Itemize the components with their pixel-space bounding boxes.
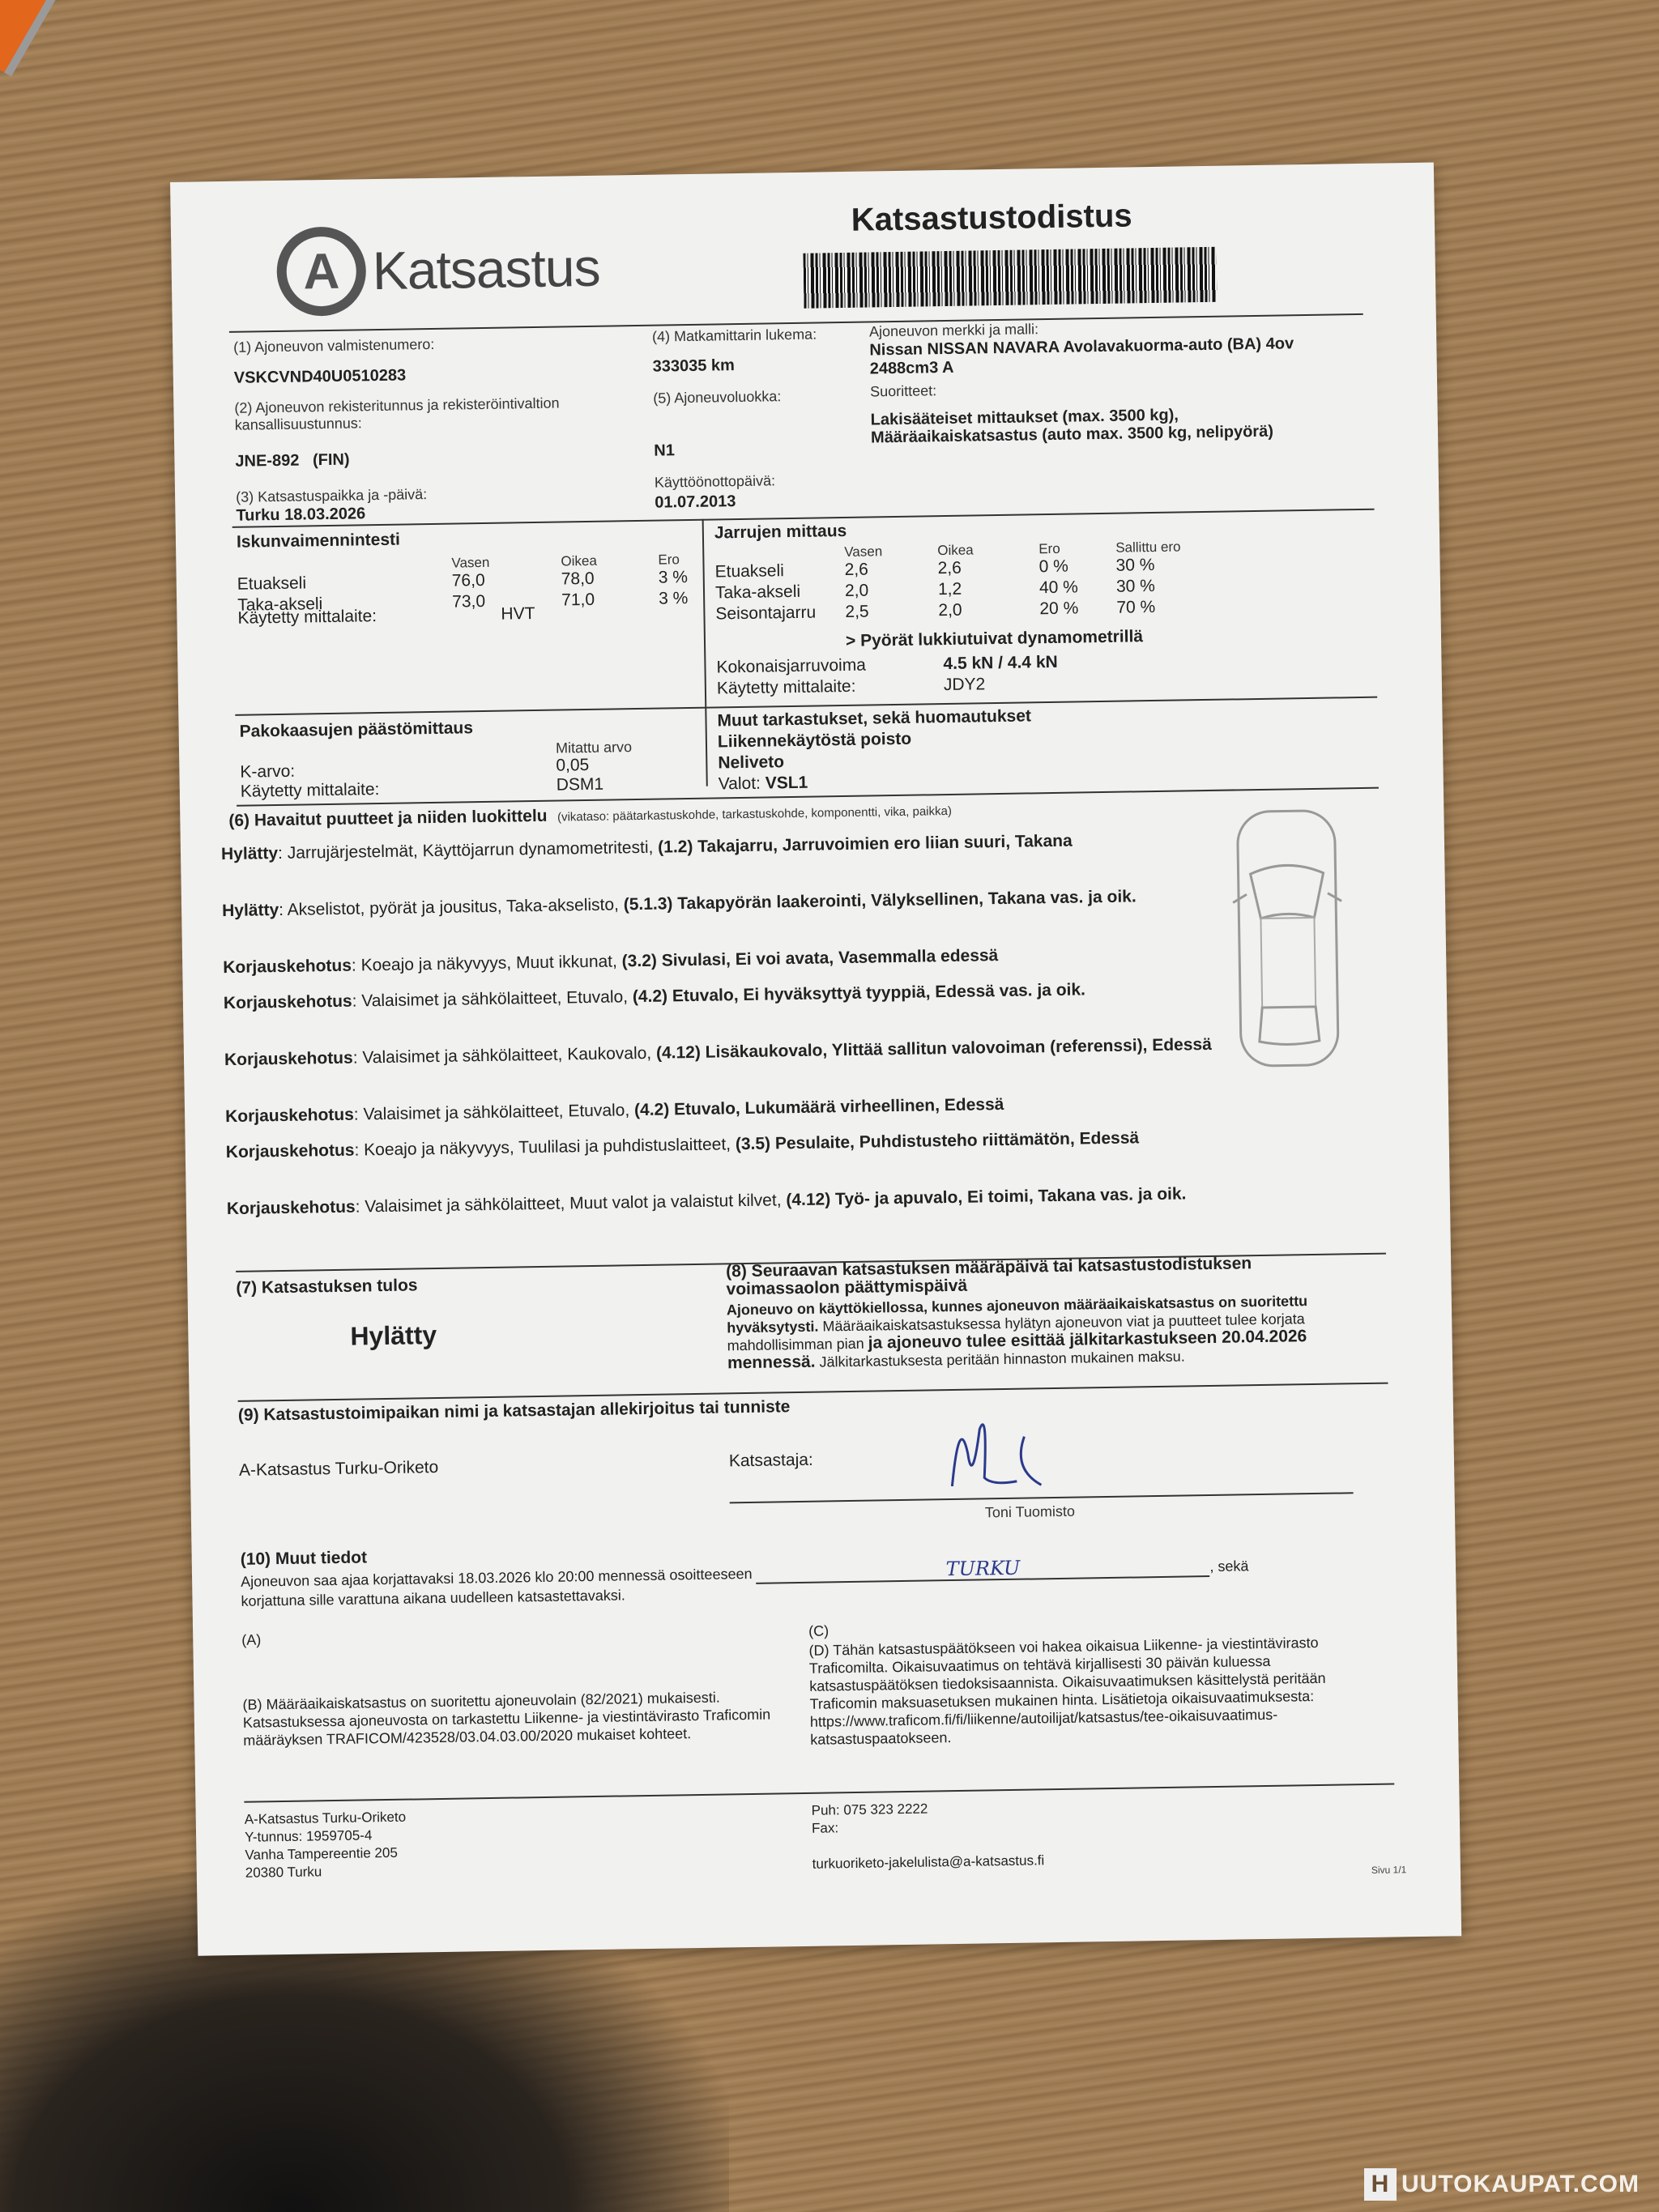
lights-line: Valot: VSL1 xyxy=(719,774,808,795)
next-inspection-text: Ajoneuvo on käyttökiellossa, kunnes ajon… xyxy=(727,1291,1367,1372)
defect-level: Korjauskehotus xyxy=(225,1106,354,1126)
defects-subtitle: (vikataso: päätarkastuskohde, tarkastusk… xyxy=(557,804,952,825)
permit-text: Ajoneuvon saa ajaa korjattavaksi 18.03.2… xyxy=(241,1566,753,1590)
lights-label: Valot: xyxy=(719,774,761,794)
other-check-line: Liikennekäytöstä poisto xyxy=(718,730,912,752)
services-value: Lakisääteiset mittaukset (max. 3500 kg),… xyxy=(871,404,1309,446)
permit-text-line2: korjattuna sille varattuna aikana uudell… xyxy=(241,1587,625,1609)
table-cell: 2,5 xyxy=(845,601,938,624)
defect-item: Korjauskehotus: Koeajo ja näkyvyys, Muut… xyxy=(223,942,1211,978)
permit-text-end: , sekä xyxy=(1209,1558,1248,1575)
defect-detail: (5.1.3) Takapyörän laakerointi, Välyksel… xyxy=(624,887,1137,914)
odometer-label: (4) Matkamittarin lukema: xyxy=(652,326,817,345)
shock-device-value: HVT xyxy=(501,604,535,624)
footer-city: 20380 Turku xyxy=(245,1862,407,1882)
page-number: Sivu 1/1 xyxy=(1371,1864,1407,1876)
table-cell: 0 % xyxy=(1038,556,1115,578)
result-title: (7) Katsastuksen tulos xyxy=(236,1276,417,1298)
station-name: A-Katsastus Turku-Oriketo xyxy=(239,1458,439,1481)
defect-level: Hylätty xyxy=(222,901,279,920)
note-a: (A) xyxy=(241,1630,261,1648)
defect-item: Korjauskehotus: Valaisimet ja sähkölaitt… xyxy=(225,1091,1213,1127)
table-cell: 40 % xyxy=(1039,578,1116,599)
footer-address: A-Katsastus Turku-Oriketo Y-tunnus: 1959… xyxy=(245,1809,407,1882)
make-label: Ajoneuvon merkki ja malli: xyxy=(869,321,1038,340)
services-label: Suoritteet: xyxy=(870,382,936,400)
registration-value: JNE-892 (FIN) xyxy=(235,451,350,471)
other-checks-title: Muut tarkastukset, sekä huomautukset xyxy=(717,706,1031,731)
defect-list: Hylätty: Jarrujärjestelmät, Käyttöjarrun… xyxy=(170,162,1434,182)
table-cell: 20 % xyxy=(1039,599,1116,620)
odometer-value: 333035 km xyxy=(652,356,735,377)
defect-item: Hylätty: Akselistot, pyörät ja jousitus,… xyxy=(222,885,1210,922)
table-cell: Seisontajarru xyxy=(715,603,845,626)
table-cell: 1,2 xyxy=(938,578,1039,601)
table-cell: 70 % xyxy=(1116,596,1238,619)
brake-test-title: Jarrujen mittaus xyxy=(714,522,847,543)
column-header: Vasen xyxy=(844,543,937,560)
brake-device-value: JDY2 xyxy=(944,675,986,695)
table-cell: Etuakseli xyxy=(714,560,844,584)
lights-value: VSL1 xyxy=(766,774,808,793)
column-header: Ero xyxy=(1038,540,1115,557)
signature-line xyxy=(730,1492,1354,1503)
repair-drive-permit: Ajoneuvon saa ajaa korjattavaksi 18.03.2… xyxy=(241,1554,1375,1610)
defect-path: : Valaisimet ja sähkölaitteet, Kaukovalo… xyxy=(353,1044,657,1068)
brake-note: > Pyörät lukkiutuivat dynamometrillä xyxy=(846,627,1143,651)
registration-label: (2) Ajoneuvon rekisteritunnus ja rekiste… xyxy=(234,394,616,433)
vehicle-class-value: N1 xyxy=(654,441,675,460)
divider xyxy=(244,1784,1394,1803)
k-value: 0,05 xyxy=(556,756,589,776)
defect-path: : Valaisimet ja sähkölaitteet, Etuvalo, xyxy=(352,987,633,1010)
handwritten-address-field: TURKU xyxy=(756,1556,1209,1584)
note-b: (B) Määräaikaiskatsastus on suoritettu a… xyxy=(242,1687,778,1749)
k-value-label: K-arvo: xyxy=(240,762,295,782)
vin-label: (1) Ajoneuvon valmistenumero: xyxy=(233,336,434,356)
defect-level: Korjauskehotus xyxy=(224,1049,353,1069)
defect-level: Korjauskehotus xyxy=(227,1198,356,1218)
car-top-view-icon xyxy=(1225,803,1350,1072)
defect-level: Korjauskehotus xyxy=(224,992,352,1012)
defect-path: : Jarrujärjestelmät, Käyttöjarrun dynamo… xyxy=(278,838,658,863)
make-value: Nissan NISSAN NAVARA Avolavakuorma-auto … xyxy=(869,335,1324,379)
result-value: Hylätty xyxy=(350,1320,437,1352)
orange-folder-corner xyxy=(0,0,60,76)
footer-company: A-Katsastus Turku-Oriketo xyxy=(245,1809,407,1829)
total-brake-value: 4.5 kN / 4.4 kN xyxy=(943,653,1058,674)
watermark-text: UUTOKAUPAT.COM xyxy=(1401,2171,1640,2198)
column-header: Oikea xyxy=(937,541,1038,559)
defect-level: Korjauskehotus xyxy=(223,957,352,977)
logo-icon: A xyxy=(276,226,367,317)
column-header: Sallittu ero xyxy=(1115,538,1237,556)
defect-path: : Akselistot, pyörät ja jousitus, Taka-a… xyxy=(279,895,624,919)
table-cell: 3 % xyxy=(659,567,723,589)
defect-path: : Koeajo ja näkyvyys, Muut ikkunat, xyxy=(352,952,622,974)
emission-device-value: DSM1 xyxy=(557,775,604,795)
table-cell: 2,0 xyxy=(845,580,938,603)
note-d: (D) Tähän katsastuspäätökseen voi hakea … xyxy=(808,1633,1377,1749)
defect-detail: (1.2) Takajarru, Jarruvoimien ero liian … xyxy=(658,832,1073,857)
brake-device-label: Käytetty mittalaite: xyxy=(717,677,856,699)
column-header: Oikea xyxy=(561,552,658,570)
defect-item: Hylätty: Jarrujärjestelmät, Käyttöjarrun… xyxy=(221,829,1209,865)
column-header: Ero xyxy=(658,551,723,568)
defect-item: Korjauskehotus: Valaisimet ja sähkölaitt… xyxy=(224,978,1212,1014)
divider xyxy=(238,1383,1388,1402)
column-header xyxy=(714,544,844,563)
document-title: Katsastustodistus xyxy=(851,198,1132,238)
defect-item: Korjauskehotus: Koeajo ja näkyvyys, Tuul… xyxy=(226,1127,1214,1163)
signature-scribble-icon xyxy=(935,1404,1066,1494)
table-cell: 30 % xyxy=(1115,554,1237,577)
defect-item: Korjauskehotus: Valaisimet ja sähkölaitt… xyxy=(227,1183,1215,1220)
signature-title: (9) Katsastustoimipaikan nimi ja katsast… xyxy=(238,1397,791,1426)
defects-title: (6) Havaitut puutteet ja niiden luokitte… xyxy=(228,807,548,830)
column-header: Vasen xyxy=(451,553,561,571)
defect-detail: (4.2) Etuvalo, Lukumäärä virheellinen, E… xyxy=(634,1095,1004,1119)
huutokaupat-watermark: H UUTOKAUPAT.COM xyxy=(1364,2168,1640,2201)
table-cell: 76,0 xyxy=(452,569,561,592)
defect-path: : Koeajo ja näkyvyys, Tuulilasi ja puhdi… xyxy=(354,1135,736,1159)
defect-path: : Valaisimet ja sähkölaitteet, Etuvalo, xyxy=(354,1101,635,1123)
measured-value-label: Mitattu arvo xyxy=(556,739,632,757)
inspector-name: Toni Tuomisto xyxy=(985,1503,1075,1522)
defect-item: Korjauskehotus: Valaisimet ja sähkölaitt… xyxy=(224,1034,1213,1071)
defect-path: : Valaisimet ja sähkölaitteet, Muut valo… xyxy=(355,1191,786,1216)
defect-detail: (3.5) Pesulaite, Puhdistusteho riittämät… xyxy=(736,1128,1140,1153)
barcode xyxy=(803,247,1217,309)
place-date-value: Turku 18.03.2026 xyxy=(236,505,365,526)
inspector-label: Katsastaja: xyxy=(729,1451,813,1472)
table-cell: 2,0 xyxy=(938,599,1039,622)
footer-email: turkuoriketo-jakelulista@a-katsastus.fi xyxy=(812,1852,1045,1873)
other-info-title: (10) Muut tiedot xyxy=(241,1548,368,1569)
total-brake-label: Kokonaisjarruvoima xyxy=(716,656,866,678)
first-use-value: 01.07.2013 xyxy=(655,492,736,513)
shock-test-title: Iskunvaimennintesti xyxy=(237,531,400,552)
defect-detail: (4.12) Lisäkaukovalo, Ylittää sallitun v… xyxy=(656,1035,1212,1063)
table-cell: 71,0 xyxy=(561,590,659,612)
table-cell: Taka-akseli xyxy=(715,582,845,605)
inspection-certificate: A Katsastus Katsastustodistus (1) Ajoneu… xyxy=(170,162,1461,1955)
table-cell: 30 % xyxy=(1116,575,1238,598)
vehicle-class-label: (5) Ajoneuvoluokka: xyxy=(653,388,781,407)
shock-device-label: Käytetty mittalaite: xyxy=(237,607,377,629)
table-cell: 78,0 xyxy=(561,569,659,591)
defect-detail: (4.12) Työ- ja apuvalo, Ei toimi, Takana… xyxy=(786,1184,1186,1209)
vin-value: VSKCVND40U0510283 xyxy=(234,366,407,387)
footer-business-id: Y-tunnus: 1959705-4 xyxy=(245,1826,407,1847)
logo-text: Katsastus xyxy=(372,237,600,301)
first-use-label: Käyttöönottopäivä: xyxy=(655,472,775,491)
defect-level: Hylätty xyxy=(221,844,278,863)
defect-detail: (3.2) Sivulasi, Ei voi avata, Vasemmalla… xyxy=(622,946,999,970)
emission-device-label: Käytetty mittalaite: xyxy=(241,780,380,802)
note-c: (C) xyxy=(808,1622,829,1639)
a-katsastus-logo: A Katsastus xyxy=(276,223,601,317)
defect-level: Korjauskehotus xyxy=(226,1141,355,1161)
footer-street: Vanha Tampereentie 205 xyxy=(245,1844,407,1865)
emission-title: Pakokaasujen päästömittaus xyxy=(239,718,473,742)
defect-detail: (4.2) Etuvalo, Ei hyväksyttyä tyyppiä, E… xyxy=(633,980,1085,1006)
footer-contact: Puh: 075 323 2222 Fax: turkuoriketo-jake… xyxy=(812,1798,1045,1873)
other-check-line: Neliveto xyxy=(718,752,784,773)
table-cell: 2,6 xyxy=(844,559,937,582)
table-cell: 3 % xyxy=(659,588,723,610)
brake-test-table: VasenOikeaEroSallittu eroEtuakseli2,62,6… xyxy=(714,538,1238,625)
handwritten-address: TURKU xyxy=(945,1557,1020,1580)
place-date-label: (3) Katsastuspaikka ja -päivä: xyxy=(236,486,427,506)
table-cell: 2,6 xyxy=(937,557,1038,580)
huutokaupat-logo-icon: H xyxy=(1364,2168,1397,2201)
